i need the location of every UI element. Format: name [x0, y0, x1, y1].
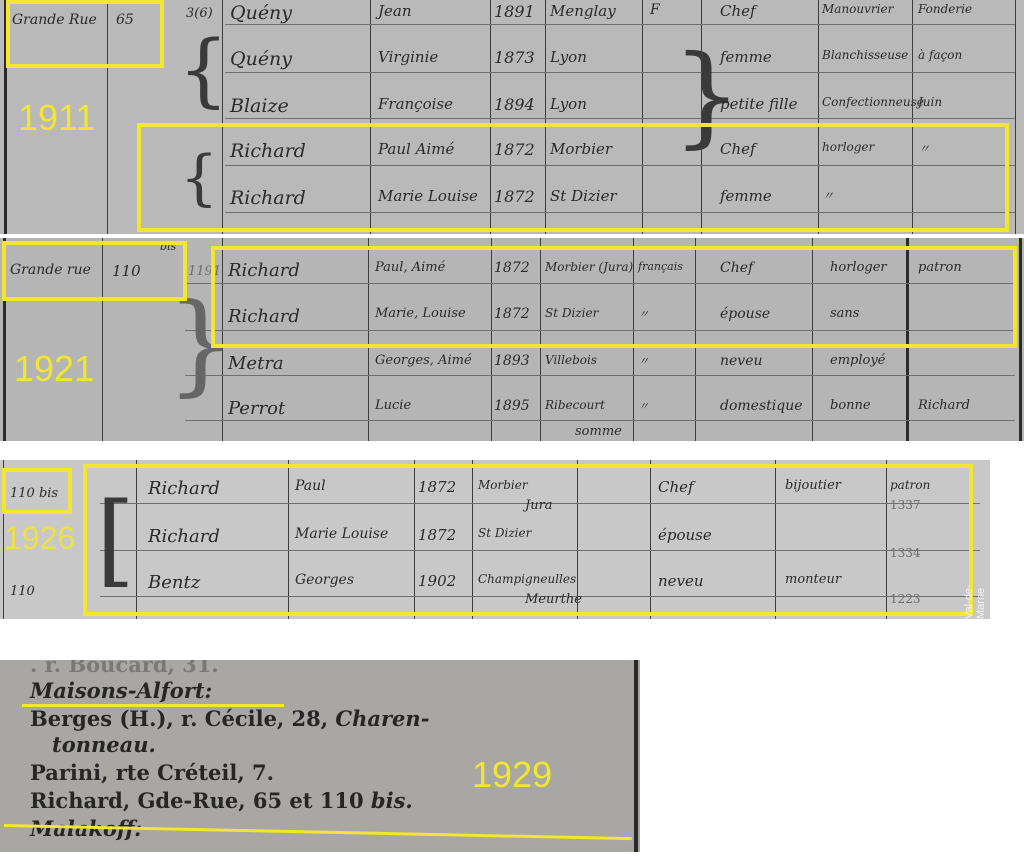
directory-entry: Richard, Gde-Rue, 65 et 110 bis.: [30, 788, 413, 813]
cell-surname: Quény: [230, 2, 292, 24]
directory-entry: Parini, rte Créteil, 7.: [30, 760, 274, 785]
cell-birthplace-note: somme: [575, 424, 622, 439]
cell-birth-year: 1873: [494, 48, 535, 67]
cell-given: Virginie: [378, 48, 438, 66]
richard-highlight-box: [137, 123, 1009, 232]
column-rule: [1019, 238, 1022, 441]
directory-entry: Berges (H.), r. Cécile, 28, Charen-: [30, 706, 429, 731]
row-rule: [185, 375, 1015, 376]
row-rule: [225, 72, 1015, 73]
cut-off-line: . r. Boucard, 31.: [30, 660, 219, 677]
row-rule: [185, 420, 1015, 421]
cell-profession: bonne: [830, 398, 871, 413]
cell-birth-year: 1895: [494, 398, 530, 414]
address-highlight-box: [2, 241, 187, 301]
year-label: 1926: [4, 522, 75, 554]
cell-surname: Perrot: [228, 398, 285, 419]
bracket: {: [178, 30, 229, 110]
directory-italic-part: Charen-: [335, 706, 429, 731]
directory-entry: tonneau.: [52, 732, 156, 757]
census-1921-panel: Grande rue 110 bis 1191 } RichardPaul, A…: [0, 238, 1024, 441]
cell-relation: femme: [720, 48, 772, 66]
cell-employer: Richard: [918, 398, 970, 413]
directory-1929-panel: . r. Boucard, 31. Maisons-Alfort:Berges …: [0, 660, 640, 852]
richard-highlight-box: [83, 464, 973, 616]
cell-employer: Fonderie: [918, 2, 972, 16]
cell-employer: à façon: [918, 48, 962, 62]
cell-birth-year: 1891: [494, 2, 535, 21]
cell-profession: employé: [830, 353, 885, 368]
cell-birthplace: Villebois: [545, 353, 597, 367]
cell-given: Lucie: [375, 398, 411, 413]
heading-underline: [22, 704, 284, 707]
richard-highlight-box: [211, 246, 1017, 348]
address-highlight-box: [6, 0, 164, 68]
column-rule: [1015, 0, 1016, 234]
cell-birth-year: 1894: [494, 95, 535, 114]
year-label: 1921: [14, 351, 94, 387]
year-label: 1911: [18, 100, 95, 136]
cell-birthplace: Ribecourt: [545, 398, 605, 412]
row-rule: [225, 118, 1015, 119]
cell-relation: petite fille: [720, 95, 797, 113]
directory-heading: Maisons-Alfort:: [30, 678, 212, 703]
household-number: 3(6): [186, 6, 213, 21]
page-edge: [634, 660, 638, 852]
row-rule: [225, 24, 1015, 25]
census-1911-panel: Grande Rue 65 3(6) { { } QuényJean1891Me…: [0, 0, 1024, 234]
cell-relation: domestique: [720, 398, 803, 414]
year-label: 1929: [472, 757, 552, 793]
cell-given: Françoise: [378, 95, 453, 113]
archive-watermark: Val-de-Marne: [963, 560, 987, 619]
cell-birthplace: Menglay: [550, 2, 616, 20]
cell-surname: Blaize: [230, 95, 289, 117]
cell-surname: Metra: [228, 353, 284, 374]
cell-birthplace: Lyon: [550, 48, 587, 66]
cell-birthplace: Lyon: [550, 95, 587, 113]
cell-given: Georges, Aimé: [375, 353, 472, 368]
census-1926-panel: 110 bis 110 [ RichardPaul1872MorbierChef…: [0, 460, 990, 619]
address-highlight-box: [2, 468, 72, 514]
address-number: 110: [10, 584, 35, 599]
directory-italic-part: tonneau.: [52, 732, 156, 757]
directory-italic-part: bis.: [371, 788, 413, 813]
cell-profession: Manouvrier: [822, 2, 893, 16]
cell-profession: Confectionneuse: [822, 95, 924, 109]
cell-nationality: F: [650, 2, 660, 18]
cell-given: Jean: [378, 2, 412, 20]
cell-surname: Quény: [230, 48, 292, 70]
cell-employer: Juin: [918, 95, 942, 109]
cell-nationality: 〃: [638, 353, 649, 369]
cell-birth-year: 1893: [494, 353, 530, 369]
cell-nationality: 〃: [638, 398, 649, 414]
cell-profession: Blanchisseuse: [822, 48, 908, 62]
cell-relation: neveu: [720, 353, 763, 369]
cell-relation: Chef: [720, 2, 756, 20]
